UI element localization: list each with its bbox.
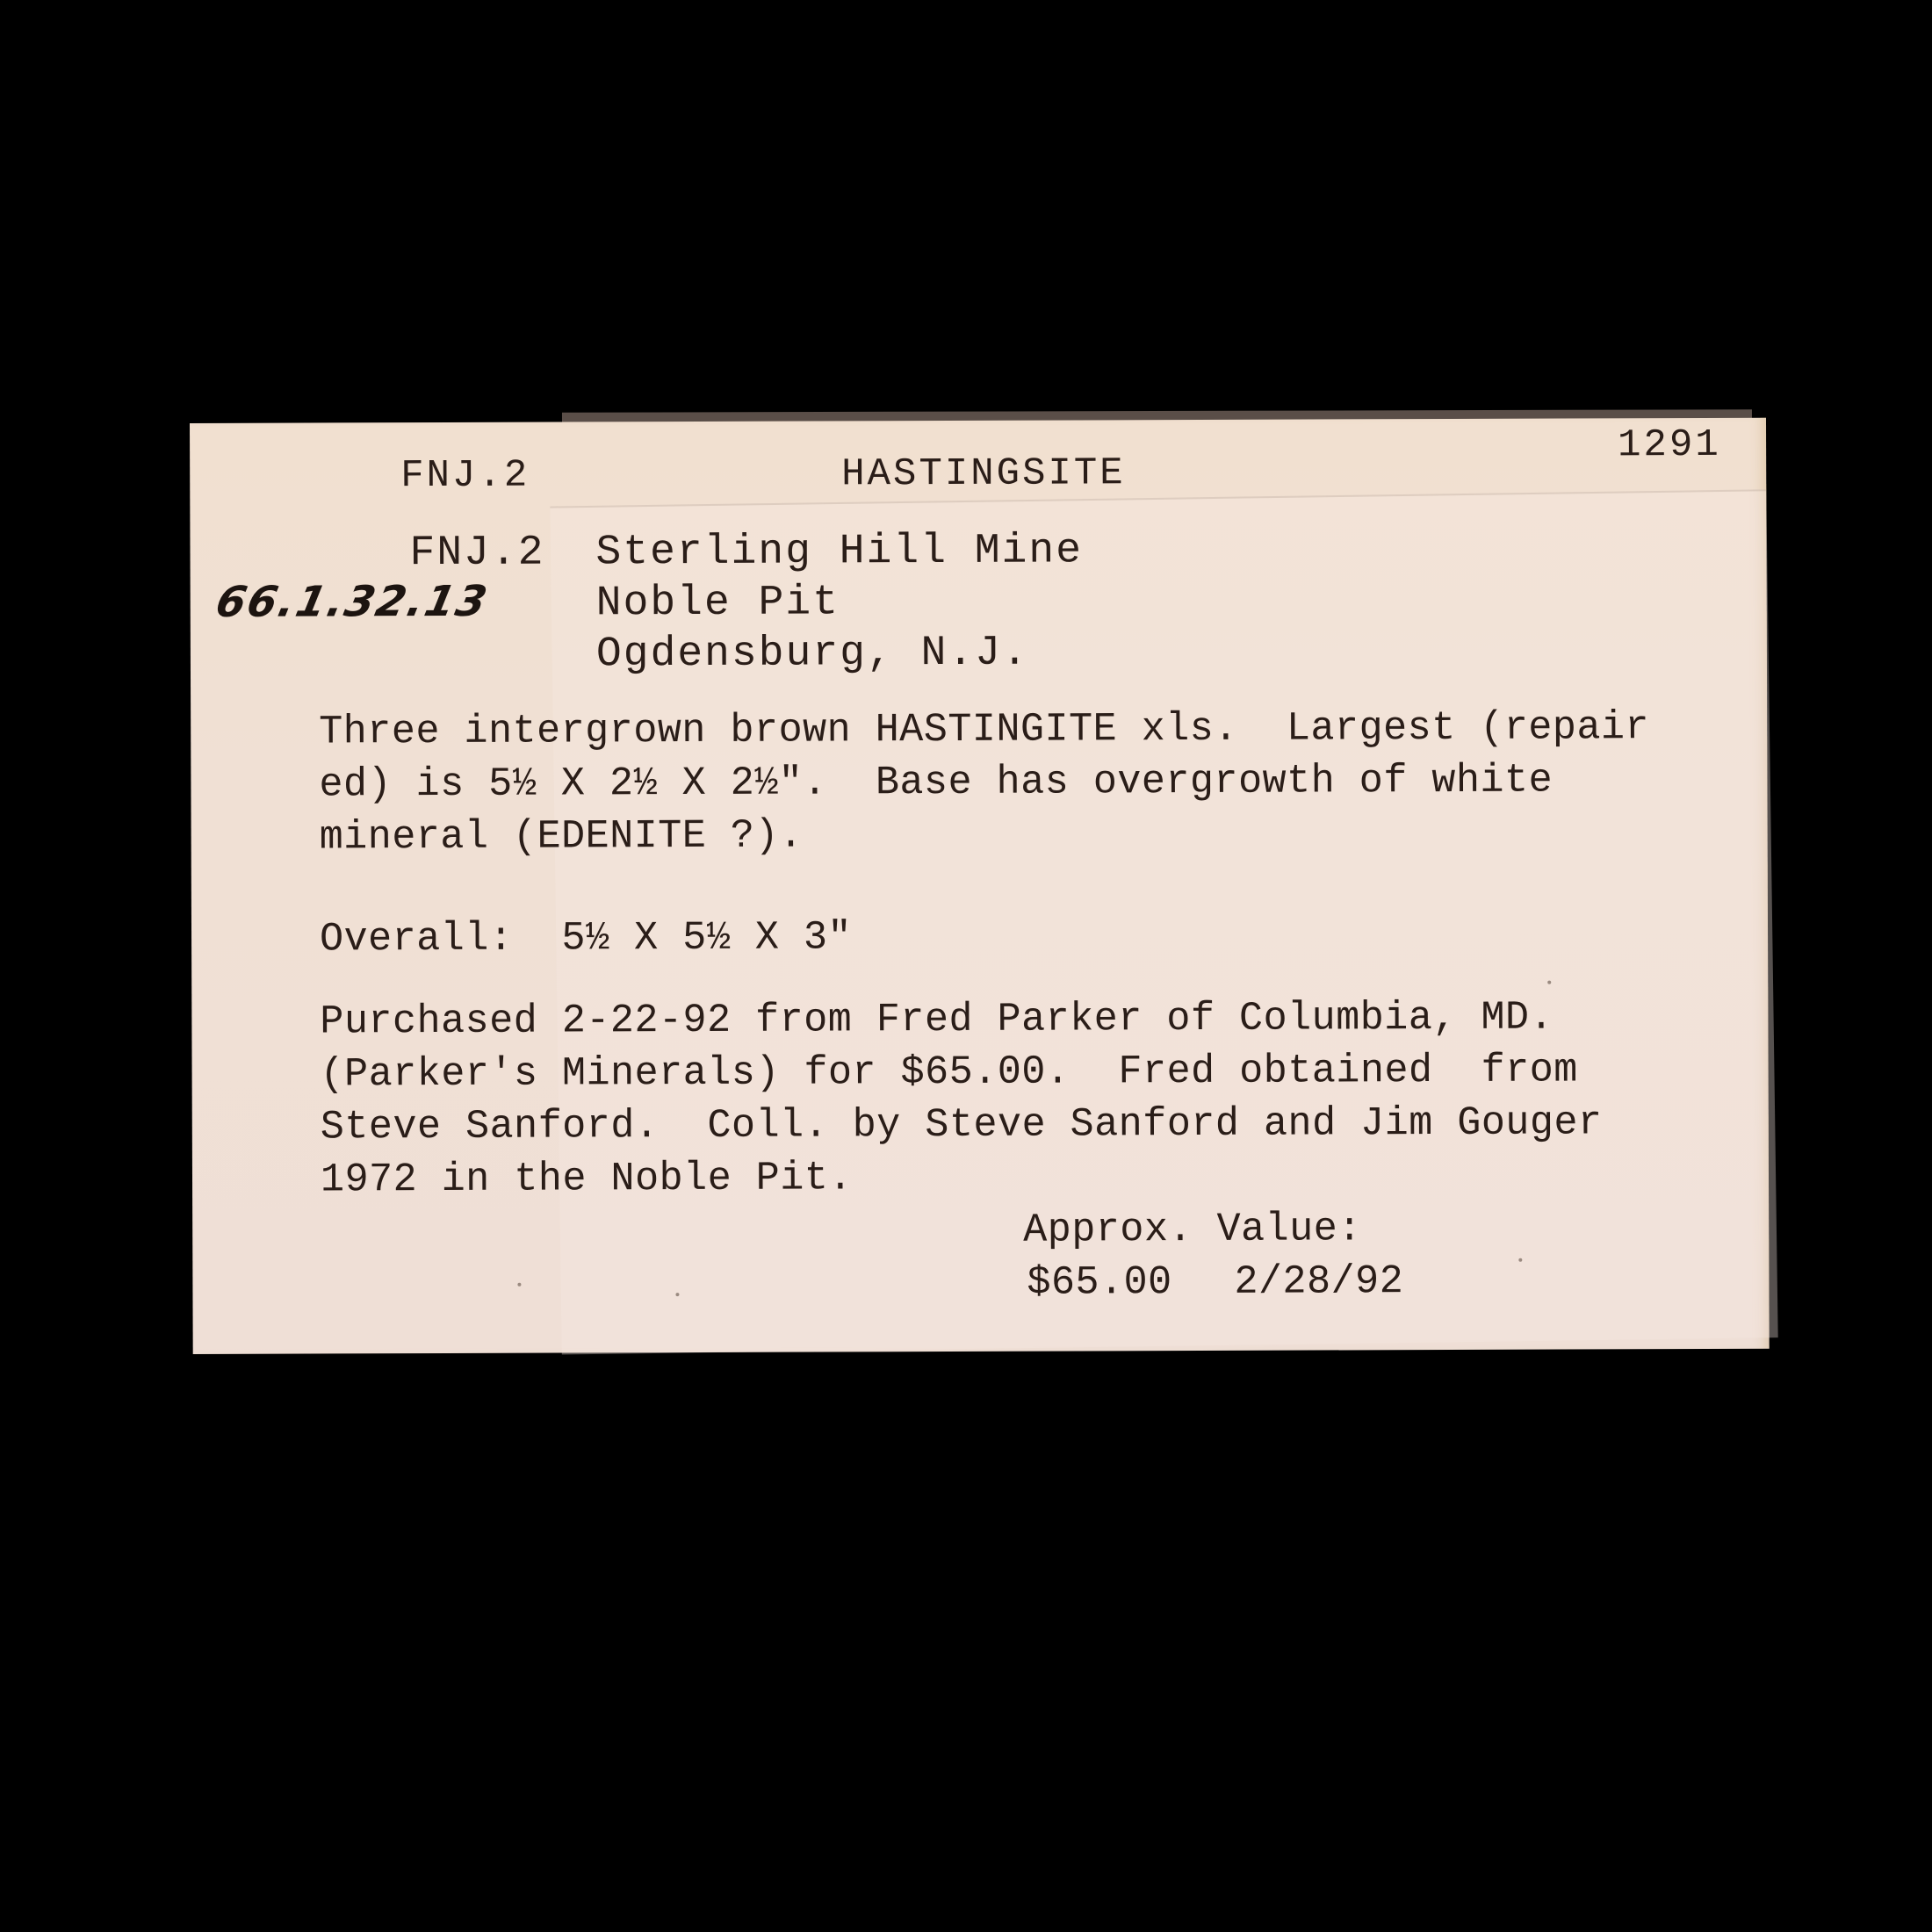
card-number: 1291	[1618, 423, 1721, 467]
locality-town: Ogdensburg, N.J.	[596, 630, 1029, 679]
catalog-header: FNJ.2	[400, 454, 530, 499]
handwritten-catalog-number: 66.1.32.13	[212, 577, 493, 627]
paper-speck	[1547, 981, 1551, 984]
paper-speck	[517, 1283, 521, 1287]
description-line-3: mineral (EDENITE ?).	[320, 813, 804, 861]
provenance-line-4: 1972 in the Noble Pit.	[321, 1155, 853, 1202]
locality-mine: Sterling Hill Mine	[595, 527, 1083, 576]
description-line-1: Three intergrown brown HASTINGITE xls. L…	[319, 704, 1649, 754]
approx-value-date: 2/28/92	[1234, 1258, 1403, 1305]
provenance-line-2: (Parker's Minerals) for $65.00. Fred obt…	[320, 1047, 1577, 1097]
locality-code: FNJ.2	[409, 530, 544, 578]
locality-pit: Noble Pit	[596, 579, 840, 627]
description-line-2: ed) is 5½ X 2½ X 2½". Base has overgrowt…	[319, 758, 1553, 808]
provenance-line-1: Purchased 2-22-92 from Fred Parker of Co…	[320, 995, 1554, 1045]
overall-dimensions: Overall: 5½ X 5½ X 3"	[320, 914, 852, 962]
approx-value-label: Approx. Value:	[1023, 1206, 1362, 1252]
specimen-label-card: FNJ.2 HASTINGSITE 1291 FNJ.2 Sterling Hi…	[190, 418, 1770, 1354]
paper-speck	[675, 1293, 679, 1296]
provenance-line-3: Steve Sanford. Coll. by Steve Sanford an…	[321, 1099, 1603, 1150]
approx-value-amount: $65.00	[1027, 1259, 1171, 1306]
paper-speck	[1518, 1258, 1522, 1262]
mineral-name-title: HASTINGSITE	[841, 451, 1126, 496]
